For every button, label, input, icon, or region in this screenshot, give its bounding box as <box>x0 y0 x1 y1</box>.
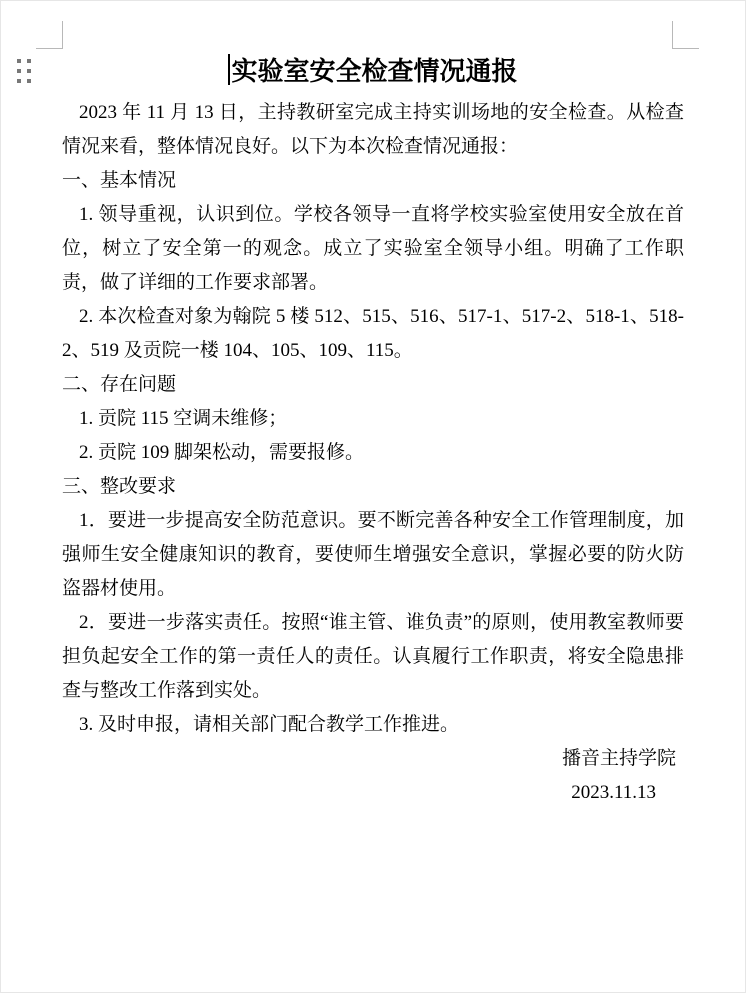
document-body: 实验室安全检查情况通报 2023 年 11 月 13 日，主持教研室完成主持实训… <box>62 48 684 810</box>
section-item[interactable]: 2. 贡院 109 脚架松动，需要报修。 <box>62 436 684 470</box>
intro-paragraph[interactable]: 2023 年 11 月 13 日，主持教研室完成主持实训场地的安全检查。从检查情… <box>62 96 684 164</box>
margin-crop-mark-top-left <box>36 21 63 49</box>
drag-handle-dot <box>27 59 31 63</box>
drag-handle-icon[interactable] <box>17 59 31 83</box>
signature-organization[interactable]: 播音主持学院 <box>62 742 684 776</box>
page-title[interactable]: 实验室安全检查情况通报 <box>62 48 684 96</box>
drag-handle-dot <box>17 79 21 83</box>
section-heading-existing-problems[interactable]: 二、存在问题 <box>62 368 684 402</box>
section-item[interactable]: 1. 贡院 115 空调未维修； <box>62 402 684 436</box>
document-page: { "document": { "title": "实验室安全检查情况通报", … <box>0 0 746 993</box>
drag-handle-dot <box>17 59 21 63</box>
section-item[interactable]: 1．要进一步提高安全防范意识。要不断完善各种安全工作管理制度，加强师生安全健康知… <box>62 504 684 606</box>
margin-crop-mark-top-right <box>672 21 699 49</box>
section-heading-basic-situation[interactable]: 一、基本情况 <box>62 164 684 198</box>
drag-handle-dot <box>27 79 31 83</box>
section-item[interactable]: 1. 领导重视，认识到位。学校各领导一直将学校实验室使用安全放在首位，树立了安全… <box>62 198 684 300</box>
document-title-text: 实验室安全检查情况通报 <box>231 57 517 86</box>
section-item[interactable]: 3. 及时申报，请相关部门配合教学工作推进。 <box>62 708 684 742</box>
signature-date[interactable]: 2023.11.13 <box>62 776 684 810</box>
section-item[interactable]: 2. 本次检查对象为翰院 5 楼 512、515、516、517-1、517-2… <box>62 300 684 368</box>
drag-handle-dot <box>27 69 31 73</box>
section-heading-rectification-requirements[interactable]: 三、整改要求 <box>62 470 684 504</box>
drag-handle-dot <box>17 69 21 73</box>
section-item[interactable]: 2．要进一步落实责任。按照“谁主管、谁负责”的原则，使用教室教师要担负起安全工作… <box>62 606 684 708</box>
